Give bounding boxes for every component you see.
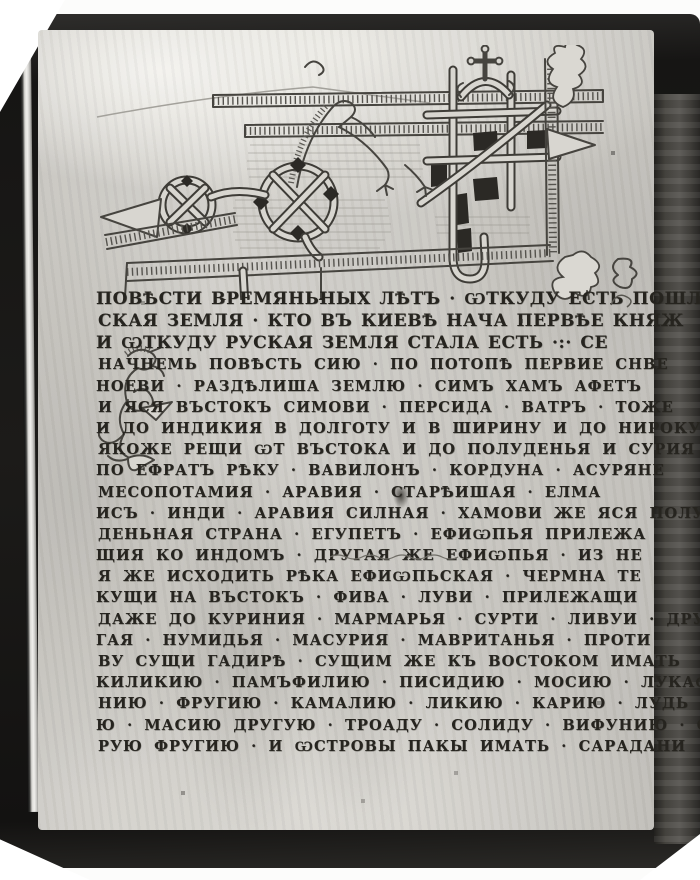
text-block: повѣсти времяньных лѣтъ · ѡткуду есть по…	[96, 289, 652, 757]
headpiece-ornament	[95, 45, 645, 300]
text-line: ская земля · кто въ киевѣ нача первѣе кн…	[98, 311, 652, 333]
text-line: ноеви · раздѣлиша землю · симъ хамъ афет…	[96, 376, 652, 397]
parchment-specks	[0, 0, 2, 2]
text-line: киликию · памъфилию · писидию · мосию · …	[96, 672, 652, 693]
text-line: ву сущи гадирѣ · сущим же къ востоком им…	[98, 651, 652, 672]
text-line: месопотамия · аравия · старѣишая · елма	[98, 482, 652, 503]
text-line: ю · масию другую · троаду · солиду · виф…	[96, 715, 652, 736]
text-line: по ефратъ рѣку · вавилонъ · кордуна · ас…	[96, 460, 652, 481]
text-line: и яся въстокъ симови · персида · ватръ ·…	[98, 397, 652, 418]
page-stack-edge-left	[20, 58, 39, 812]
underline-squiggle	[330, 553, 470, 561]
text-line: и ѡткуду руская земля стала есть ·:· се	[96, 333, 652, 355]
text-line: повѣсти времяньных лѣтъ · ѡткуду есть по…	[96, 289, 652, 311]
margin-curl-mark	[608, 288, 638, 310]
cloud-scroll-flourish	[547, 45, 585, 107]
left-band-and-flag	[101, 199, 237, 249]
text-line: начнемь повѣсть сию · по потопѣ первие с…	[98, 354, 652, 375]
text-line: деньная страна · егупетъ · ефиѡпья приле…	[98, 524, 652, 545]
text-line: кущи на въстокъ · фива · луви · прилежащ…	[96, 587, 652, 608]
text-line: нию · фругию · камалию · ликию · карию ·…	[98, 693, 652, 714]
text-line: гая · нумидья · масурия · мавританья · п…	[96, 630, 652, 651]
cross-finial	[457, 46, 514, 97]
text-line: я же исходить рѣка ефиѡпьская · чермна т…	[98, 566, 652, 587]
text-line: и до индикия в долготу и в ширину и до н…	[96, 418, 652, 439]
text-line: рую фругию · и ѡстровы пакы имать · сара…	[98, 736, 652, 757]
parchment-crease	[97, 87, 430, 117]
small-curl	[305, 61, 324, 75]
text-line: даже до куриния · мармарья · сурти · лив…	[98, 609, 652, 630]
interlace-knot-large	[253, 157, 339, 257]
text-line: якоже рещи ѡт въстока и до полуденья и с…	[98, 439, 652, 460]
ink-blot	[393, 487, 409, 509]
text-line: исъ · инди · аравия силная · хамови же я…	[96, 503, 652, 524]
manuscript-photo: повѣсти времяньных лѣтъ · ѡткуду есть по…	[0, 0, 700, 880]
